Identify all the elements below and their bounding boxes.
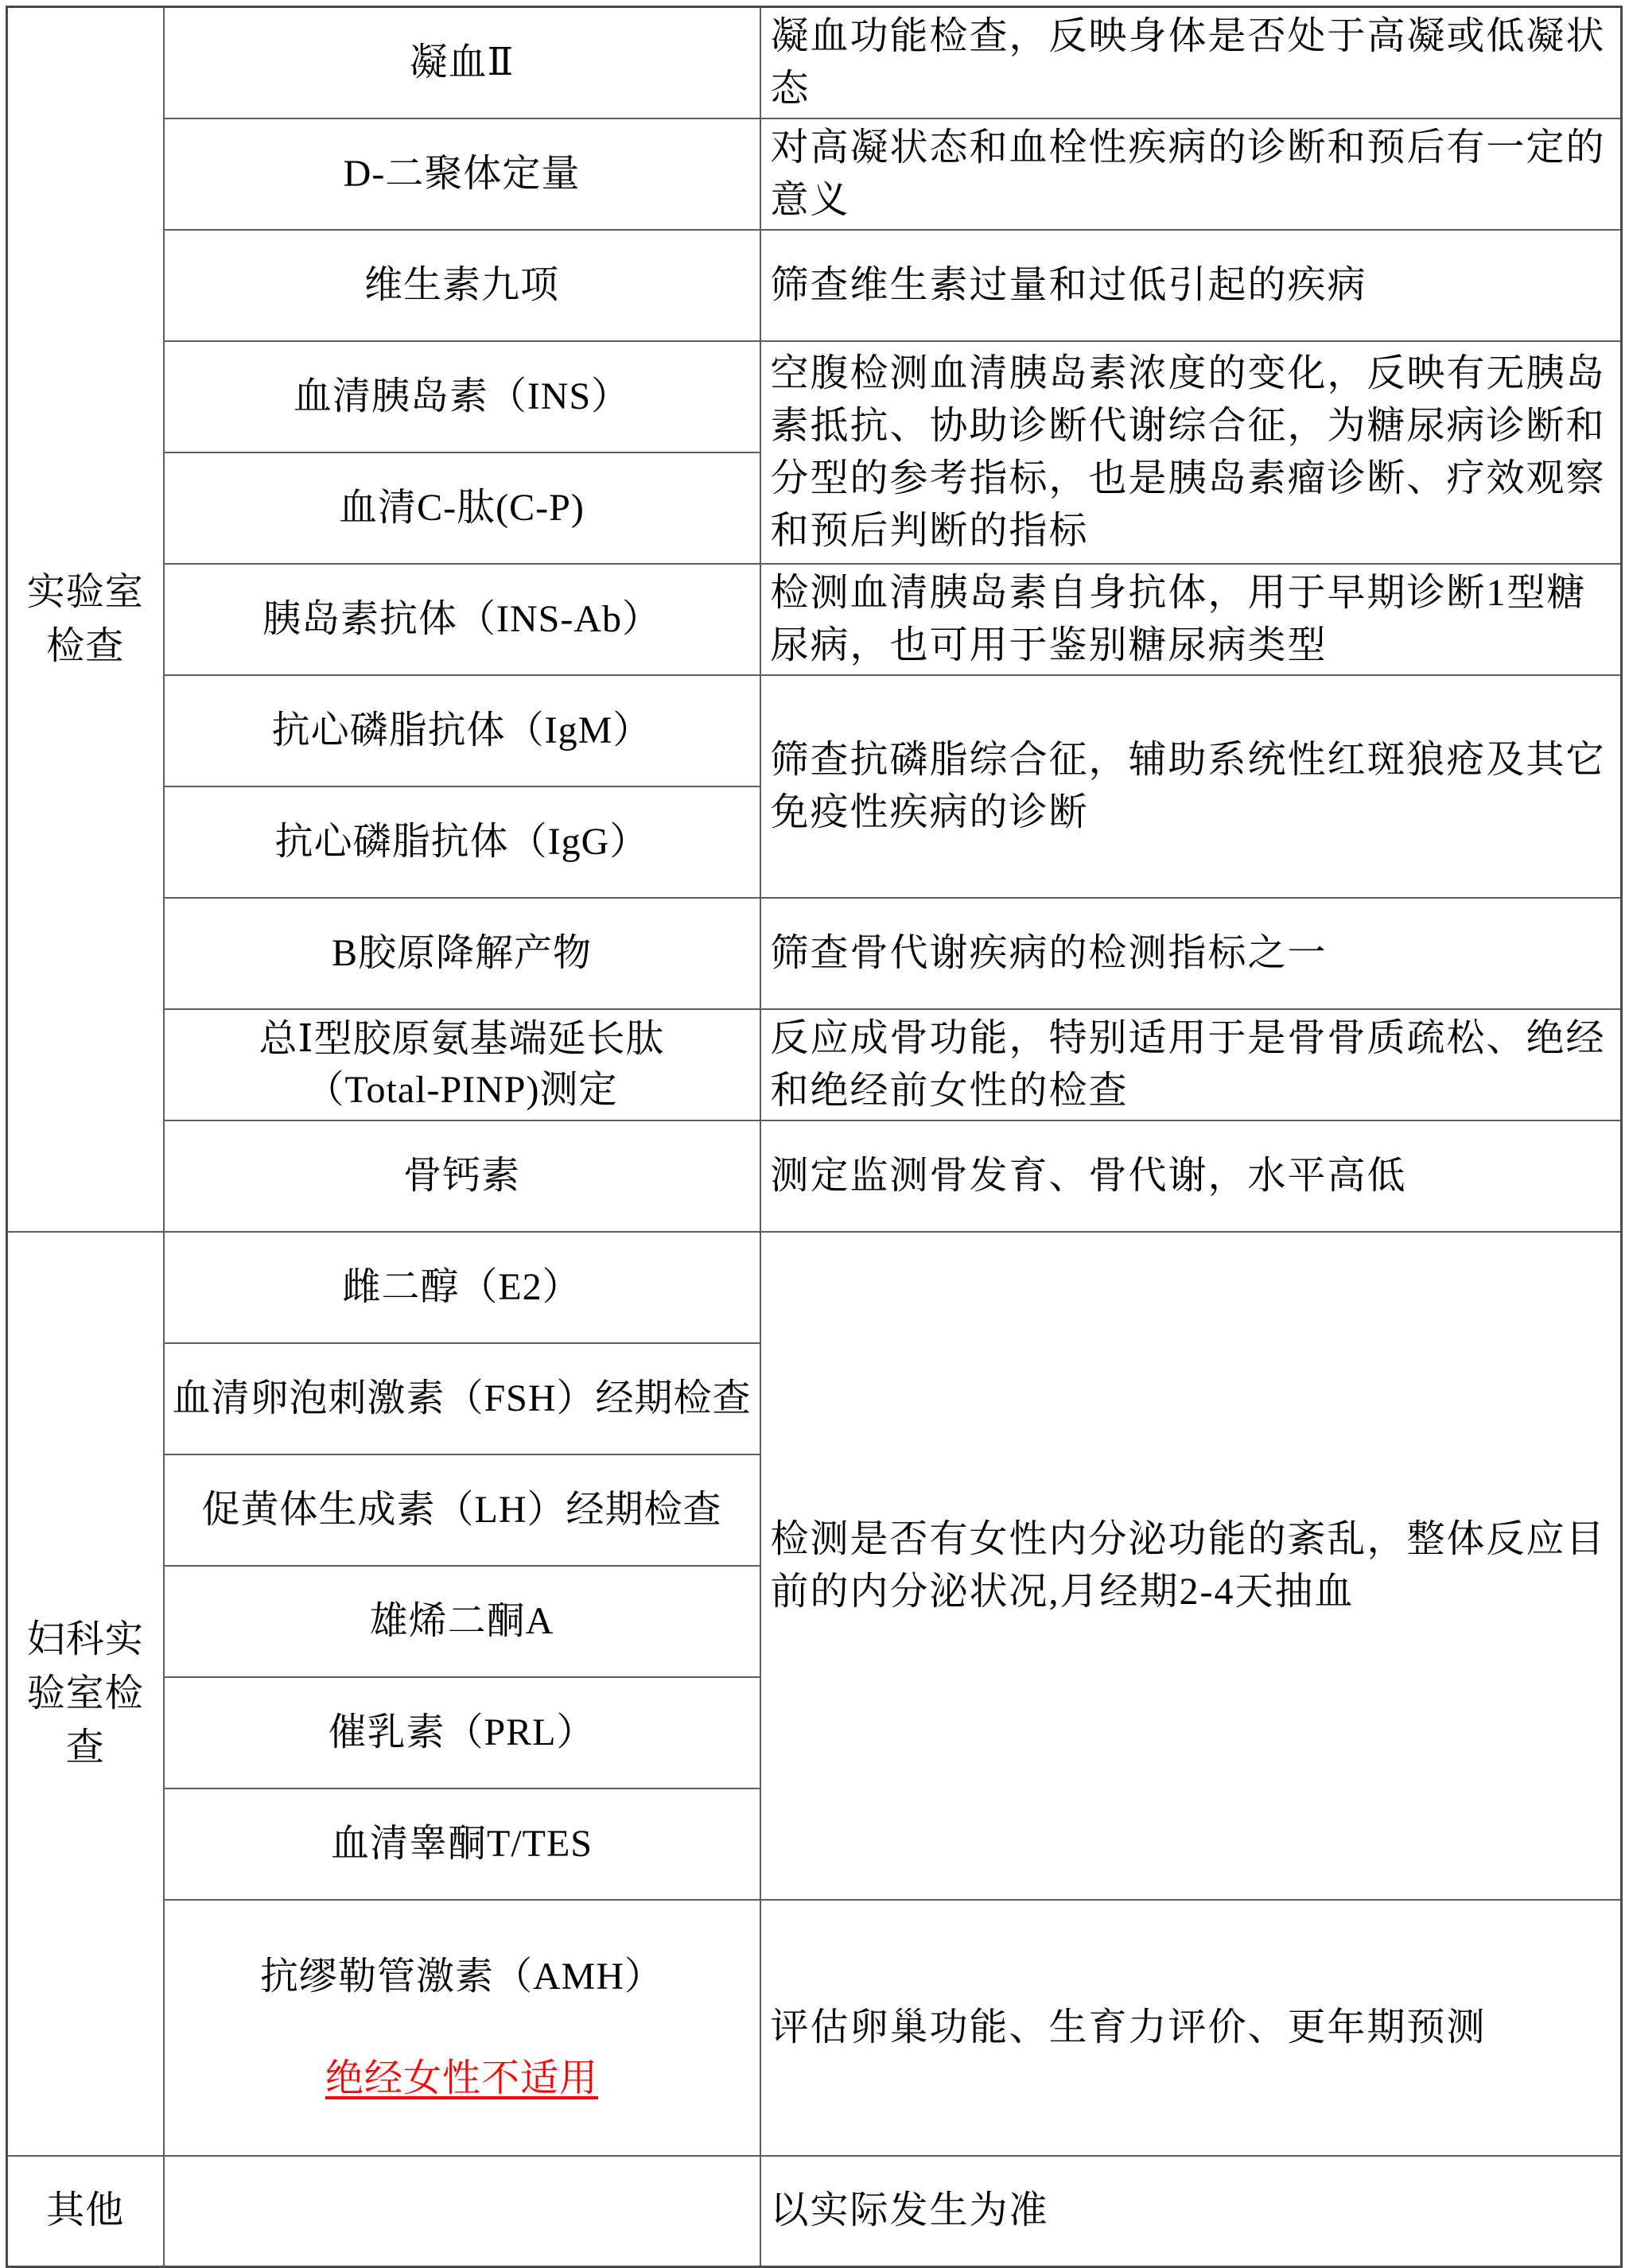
test-name-prolactin: 催乳素（PRL） bbox=[164, 1677, 760, 1788]
desc-total-pinp: 反应成骨功能，特别适用于是骨骨质疏松、绝经和绝经前女性的检查 bbox=[760, 1009, 1622, 1120]
desc-b-collagen: 筛查骨代谢疾病的检测指标之一 bbox=[760, 898, 1622, 1009]
test-name-acl-igg: 抗心磷脂抗体（IgG） bbox=[164, 786, 760, 898]
desc-insulin-cpeptide: 空腹检测血清胰岛素浓度的变化，反映有无胰岛素抵抗、协助诊断代谢综合征，为糖尿病诊… bbox=[760, 341, 1622, 564]
desc-amh: 评估卵巢功能、生育力评价、更年期预测 bbox=[760, 1900, 1622, 2135]
lab-test-table: 实验室 检查 凝血Ⅱ 凝血功能检查，反映身体是否处于高凝或低凝状态 D-二聚体定… bbox=[6, 6, 1623, 2134]
test-name-fsh: 血清卵泡刺激素（FSH）经期检查 bbox=[164, 1343, 760, 1454]
desc-anticardiolipin: 筛查抗磷脂综合征，辅助系统性红斑狼疮及其它免疫性疾病的诊断 bbox=[760, 675, 1622, 898]
table-row: 胰岛素抗体（INS-Ab） 检测血清胰岛素自身抗体，用于早期诊断1型糖尿病，也可… bbox=[7, 564, 1622, 675]
table-row: B胶原降解产物 筛查骨代谢疾病的检测指标之一 bbox=[7, 898, 1622, 1009]
category-gyn-lab-exam: 妇科实 验室检 查 bbox=[7, 1232, 164, 2135]
test-name-vitamin-9: 维生素九项 bbox=[164, 230, 760, 341]
test-name-d-dimer: D-二聚体定量 bbox=[164, 118, 760, 230]
test-name-coagulation-ii: 凝血Ⅱ bbox=[164, 7, 760, 118]
table-row: 骨钙素 测定监测骨发育、骨代谢，水平高低 bbox=[7, 1120, 1622, 1232]
table-row: 实验室 检查 凝血Ⅱ 凝血功能检查，反映身体是否处于高凝或低凝状态 bbox=[7, 7, 1622, 118]
test-name-serum-insulin: 血清胰岛素（INS） bbox=[164, 341, 760, 452]
table-row: 维生素九项 筛查维生素过量和过低引起的疾病 bbox=[7, 230, 1622, 341]
table-row: 抗缪勒管激素（AMH） 绝经女性不适用 评估卵巢功能、生育力评价、更年期预测 bbox=[7, 1900, 1622, 2135]
desc-female-endocrine: 检测是否有女性内分泌功能的紊乱，整体反应目前的内分泌状况,月经期2-4天抽血 bbox=[760, 1232, 1622, 1900]
test-name-insulin-antibody: 胰岛素抗体（INS-Ab） bbox=[164, 564, 760, 675]
test-name-b-collagen: B胶原降解产物 bbox=[164, 898, 760, 1009]
test-name-amh: 抗缪勒管激素（AMH） 绝经女性不适用 bbox=[164, 1900, 760, 2135]
test-name-androstenedione: 雄烯二酮A bbox=[164, 1566, 760, 1677]
desc-insulin-antibody: 检测血清胰岛素自身抗体，用于早期诊断1型糖尿病，也可用于鉴别糖尿病类型 bbox=[760, 564, 1622, 675]
test-name-c-peptide: 血清C-肽(C-P) bbox=[164, 452, 760, 564]
category-lab-exam: 实验室 检查 bbox=[7, 7, 164, 1232]
test-name-testosterone: 血清睾酮T/TES bbox=[164, 1788, 760, 1900]
table-row: 血清胰岛素（INS） 空腹检测血清胰岛素浓度的变化，反映有无胰岛素抵抗、协助诊断… bbox=[7, 341, 1622, 452]
desc-osteocalcin: 测定监测骨发育、骨代谢，水平高低 bbox=[760, 1120, 1622, 1232]
test-name-estradiol: 雌二醇（E2） bbox=[164, 1232, 760, 1343]
table-row: 妇科实 验室检 查 雌二醇（E2） 检测是否有女性内分泌功能的紊乱，整体反应目前… bbox=[7, 1232, 1622, 1343]
table-row: 总Ⅰ型胶原氨基端延长肽 （Total-PINP)测定 反应成骨功能，特别适用于是… bbox=[7, 1009, 1622, 1120]
amh-label: 抗缪勒管激素（AMH） bbox=[171, 1951, 753, 2002]
table-row: 抗心磷脂抗体（IgM） 筛查抗磷脂综合征，辅助系统性红斑狼疮及其它免疫性疾病的诊… bbox=[7, 675, 1622, 786]
desc-coagulation-ii: 凝血功能检查，反映身体是否处于高凝或低凝状态 bbox=[760, 7, 1622, 118]
desc-d-dimer: 对高凝状态和血栓性疾病的诊断和预后有一定的意义 bbox=[760, 118, 1622, 230]
test-name-acl-igm: 抗心磷脂抗体（IgM） bbox=[164, 675, 760, 786]
amh-menopause-note: 绝经女性不适用 bbox=[171, 2053, 753, 2104]
desc-vitamin-9: 筛查维生素过量和过低引起的疾病 bbox=[760, 230, 1622, 341]
test-name-total-pinp: 总Ⅰ型胶原氨基端延长肽 （Total-PINP)测定 bbox=[164, 1009, 760, 1120]
test-name-lh: 促黄体生成素（LH）经期检查 bbox=[164, 1454, 760, 1566]
table-row: D-二聚体定量 对高凝状态和血栓性疾病的诊断和预后有一定的意义 bbox=[7, 118, 1622, 230]
test-name-osteocalcin: 骨钙素 bbox=[164, 1120, 760, 1232]
